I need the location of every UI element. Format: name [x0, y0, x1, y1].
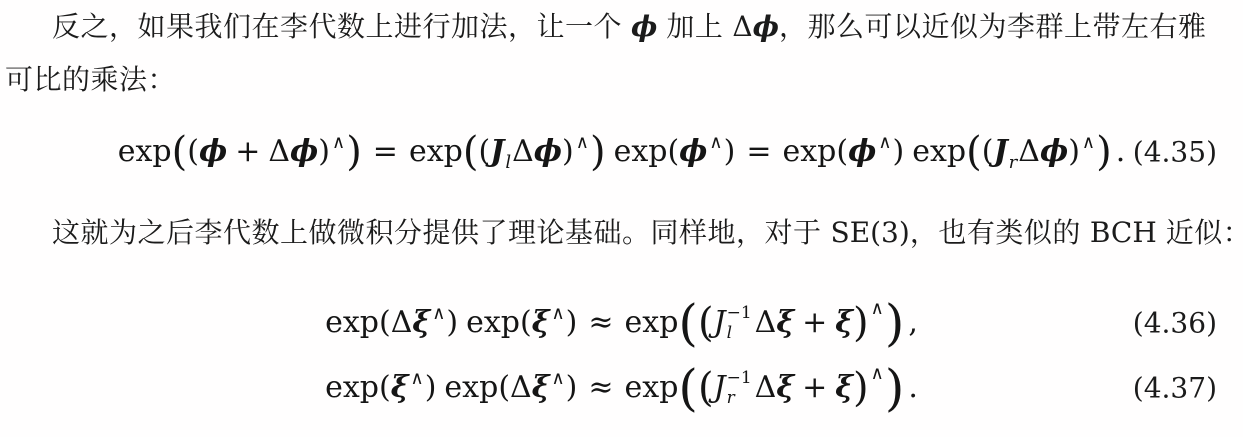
math-token: ( — [982, 137, 994, 167]
math-token: ( — [379, 308, 391, 338]
bch-label: BCH — [1090, 216, 1157, 249]
math-token: ) — [566, 308, 578, 338]
math-token: ) — [446, 308, 458, 338]
math-token: ξ∧ — [391, 373, 425, 403]
math-token: ϕ — [290, 137, 318, 167]
math-token: ≈ — [588, 308, 613, 338]
math-token: ϕ — [199, 137, 227, 167]
math-token: ) — [1096, 132, 1112, 172]
math-token: ( — [478, 137, 490, 167]
math-token: Δ — [1018, 137, 1040, 167]
p2-text-3: 近似： — [1166, 218, 1243, 249]
math-token: ξ∧ — [532, 373, 566, 403]
equation-4-37-body: exp(ξ∧)exp(Δξ∧)≈exp((J−1rΔξ+ξ)∧). — [325, 363, 918, 413]
math-token: ( — [836, 137, 848, 167]
math-token: ( — [678, 298, 698, 348]
equation-4-37-number: (4.37) — [1133, 372, 1217, 405]
phi-symbol: ϕ — [753, 10, 779, 43]
document-page: 反之，如果我们在李代数上进行加法，让一个ϕ加上Δϕ，那么可以近似为李群上带左右雅… — [0, 0, 1243, 437]
math-token: ξ — [776, 308, 794, 338]
p2-text-2: ，也有类似的 — [910, 218, 1081, 249]
math-token: ξ — [835, 373, 853, 403]
math-token: Δ — [510, 373, 532, 403]
math-token: Jl — [490, 137, 512, 167]
paragraph-2: 这就为之后李代数上做微积分提供了理论基础。同样地，对于SE(3)，也有类似的BC… — [52, 216, 1243, 251]
math-token: ( — [667, 137, 679, 167]
math-token: ξ∧ — [532, 308, 566, 338]
math-token: exp — [912, 137, 966, 167]
math-token: ( — [520, 308, 532, 338]
math-token: ϕ∧ — [848, 137, 892, 167]
math-token: ) — [425, 373, 437, 403]
equation-4-35-body: exp((ϕ+Δϕ)∧)=exp((JlΔϕ)∧)exp(ϕ∧)=exp(ϕ∧)… — [118, 132, 1126, 172]
math-token: )∧ — [853, 303, 885, 343]
se3-label: SE(3) — [831, 216, 910, 249]
phi-symbol: ϕ — [631, 10, 657, 43]
paragraph-1-line-2: 可比的乘法： — [5, 64, 176, 98]
math-token: = — [746, 137, 771, 167]
p1-line1-text-2: 加上 — [666, 12, 723, 43]
math-token: ξ — [776, 373, 794, 403]
math-token: Δ — [755, 373, 777, 403]
math-token: . — [908, 373, 918, 403]
math-token: exp — [614, 137, 668, 167]
math-token: Δ — [391, 308, 413, 338]
math-token: ) — [590, 132, 606, 172]
math-token: ϕ∧ — [679, 137, 723, 167]
equation-4-36: exp(Δξ∧)exp(ξ∧)≈exp((J−1lΔξ+ξ)∧), (4.36) — [0, 292, 1243, 354]
math-token: ) — [893, 137, 905, 167]
math-token: ( — [966, 132, 982, 172]
math-token: exp — [325, 308, 379, 338]
equation-4-35-number: (4.35) — [1133, 136, 1217, 169]
math-token: ξ∧ — [412, 308, 446, 338]
math-token: ( — [172, 132, 188, 172]
math-token: J−1l — [714, 305, 755, 342]
math-token: exp — [118, 137, 172, 167]
math-token: Δ — [512, 137, 534, 167]
p1-line1-text-1: 反之，如果我们在李代数上进行加法，让一个 — [52, 12, 622, 43]
paragraph-1-line-1: 反之，如果我们在李代数上进行加法，让一个ϕ加上Δϕ，那么可以近似为李群上带左右雅 — [52, 10, 1207, 45]
delta-phi-symbol: Δϕ — [732, 12, 779, 43]
math-token: ϕ — [1040, 137, 1068, 167]
math-token: = — [373, 137, 398, 167]
math-token: . — [1116, 137, 1126, 167]
math-token: )∧ — [853, 368, 885, 408]
math-token: ) — [885, 363, 905, 413]
math-token: exp — [444, 373, 498, 403]
math-token: ξ — [835, 308, 853, 338]
math-token: ) — [885, 298, 905, 348]
math-token: Δ — [755, 308, 777, 338]
math-token: exp — [625, 308, 679, 338]
math-token: exp — [409, 137, 463, 167]
equation-4-35: exp((ϕ+Δϕ)∧)=exp((JlΔϕ)∧)exp(ϕ∧)=exp(ϕ∧)… — [0, 120, 1243, 184]
equation-4-37: exp(ξ∧)exp(Δξ∧)≈exp((J−1rΔξ+ξ)∧). (4.37) — [0, 357, 1243, 419]
math-token: + — [235, 137, 260, 167]
math-token: + — [802, 308, 827, 338]
math-token: J−1r — [714, 370, 755, 407]
math-token: ( — [698, 368, 714, 408]
math-token: , — [908, 308, 918, 338]
math-token: exp — [625, 373, 679, 403]
delta-symbol: Δ — [732, 10, 752, 43]
p1-line1-text-3: ，那么可以近似为李群上带左右雅 — [779, 12, 1207, 43]
equation-4-36-number: (4.36) — [1133, 307, 1217, 340]
math-token: ( — [463, 132, 479, 172]
math-token: ( — [698, 303, 714, 343]
equation-4-36-body: exp(Δξ∧)exp(ξ∧)≈exp((J−1lΔξ+ξ)∧), — [325, 298, 918, 348]
math-token: ( — [379, 373, 391, 403]
math-token: exp — [782, 137, 836, 167]
math-token: Jr — [993, 137, 1018, 167]
math-token: ( — [187, 137, 199, 167]
math-token: )∧ — [318, 137, 346, 167]
math-token: ) — [346, 132, 362, 172]
math-token: ) — [566, 373, 578, 403]
math-token: ≈ — [588, 373, 613, 403]
math-token: )∧ — [1068, 137, 1096, 167]
math-token: ( — [498, 373, 510, 403]
math-token: )∧ — [562, 137, 590, 167]
math-token: ) — [724, 137, 736, 167]
math-token: ϕ — [534, 137, 562, 167]
p2-text-1: 这就为之后李代数上做微积分提供了理论基础。同样地，对于 — [52, 218, 822, 249]
math-token: exp — [325, 373, 379, 403]
math-token: Δ — [268, 137, 290, 167]
math-token: exp — [466, 308, 520, 338]
math-token: + — [802, 373, 827, 403]
math-token: ( — [678, 363, 698, 413]
